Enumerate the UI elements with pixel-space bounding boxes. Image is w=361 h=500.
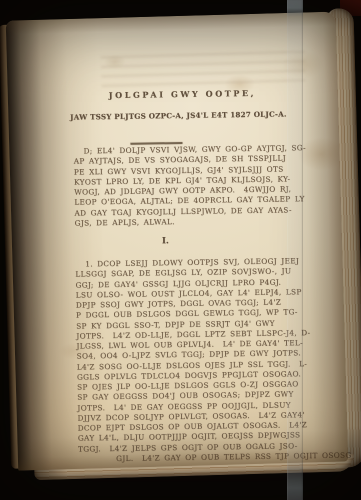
open-book: JOLGPAI GWY OOTPE, JAW TSSY PLJTGS OZPC-…	[0, 7, 361, 481]
divider-rule	[130, 142, 182, 144]
section-heading: I.	[162, 236, 169, 246]
photo-frame: JOLGPAI GWY OOTPE, JAW TSSY PLJTGS OZPC-…	[0, 0, 361, 500]
paragraph-2: 1. DCOP LSEJJ DLOWY OOTPJS SVJ, OLEOGJ J…	[75, 256, 348, 465]
paragraph-1: D; EL4' DOLJP VSVI VJSW, GWY GO-GP AYJTG…	[74, 143, 345, 229]
page-title: JOLGPAI GWY OOTPE,	[109, 88, 256, 100]
cradle-strap	[287, 0, 303, 500]
page-subtitle: JAW TSSY PLJTGS OZPC-A, JS4'L E4T 1827 O…	[70, 109, 287, 121]
